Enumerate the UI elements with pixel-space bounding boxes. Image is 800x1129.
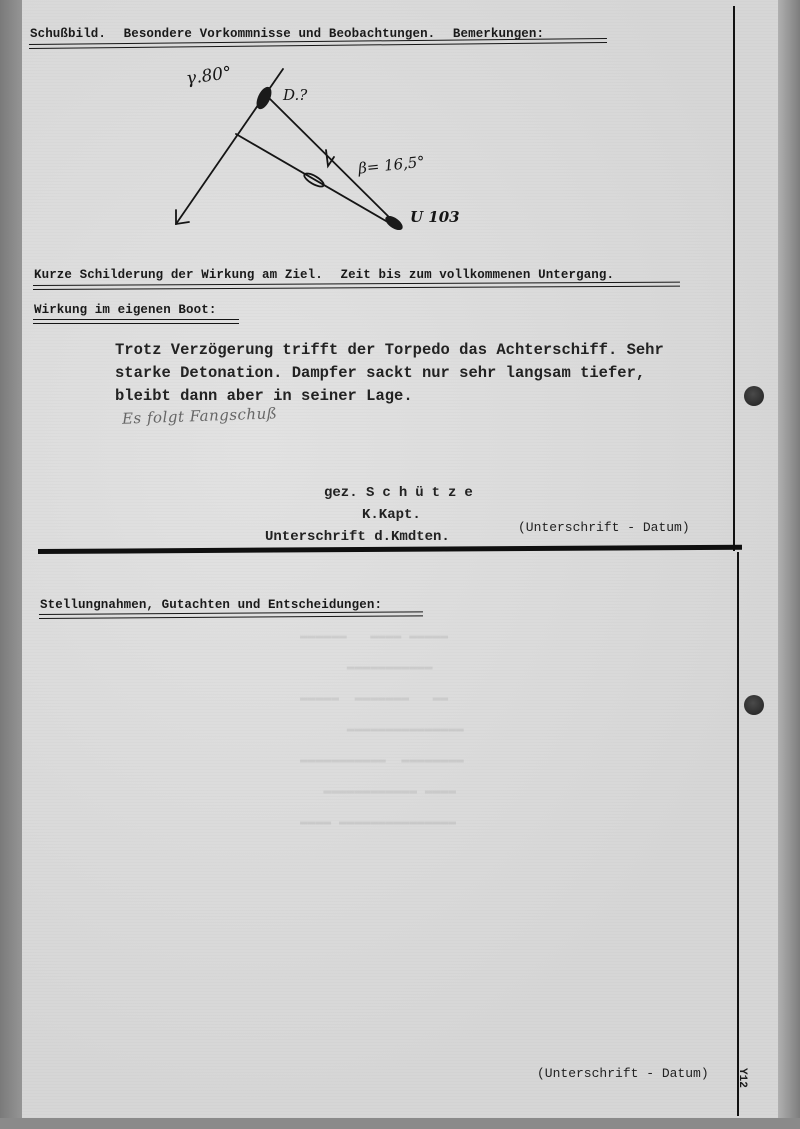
effect-line-1: Trotz Verzögerung trifft der Torpedo das… — [115, 339, 664, 362]
signature-date-hint: (Unterschrift - Datum) — [518, 520, 690, 535]
punch-hole-upper — [744, 386, 764, 406]
u-boat-marker — [383, 213, 405, 233]
own-boat-effect-header: Wirkung im eigenen Boot: — [34, 303, 216, 317]
shot-diagram-sketch — [0, 0, 800, 260]
signature-prefix: gez. — [324, 485, 358, 501]
review-header: Stellungnahmen, Gutachten und Entscheidu… — [40, 598, 382, 612]
signature-role: Unterschrift d.Kmdten. — [265, 529, 450, 545]
signature-name: Schütze — [366, 485, 481, 501]
label-own-boat: U 103 — [410, 208, 460, 226]
effect-line-3: bleibt dann aber in seiner Lage. — [115, 385, 664, 408]
scan-background-bottom — [0, 1118, 800, 1129]
signature-name-line: gez. Schütze — [324, 485, 481, 501]
punch-hole-lower — [744, 695, 764, 715]
effect-description: Trotz Verzögerung trifft der Torpedo das… — [115, 339, 664, 408]
effect-line-2: starke Detonation. Dampfer sackt nur seh… — [115, 362, 664, 385]
header-schilderung: Kurze Schilderung der Wirkung am Ziel. — [34, 268, 323, 282]
signature-rank: K.Kapt. — [362, 507, 421, 523]
margin-line-bottom — [737, 552, 739, 1116]
effect-header: Kurze Schilderung der Wirkung am Ziel. Z… — [34, 268, 624, 282]
review-signature-hint: (Unterschrift - Datum) — [537, 1066, 709, 1081]
header-untergang: Zeit bis zum vollkommenen Untergang. — [340, 268, 614, 282]
page-side-code: Y12 — [736, 1068, 748, 1088]
own-boat-header-underline — [33, 319, 239, 324]
label-target: D.? — [283, 86, 307, 104]
